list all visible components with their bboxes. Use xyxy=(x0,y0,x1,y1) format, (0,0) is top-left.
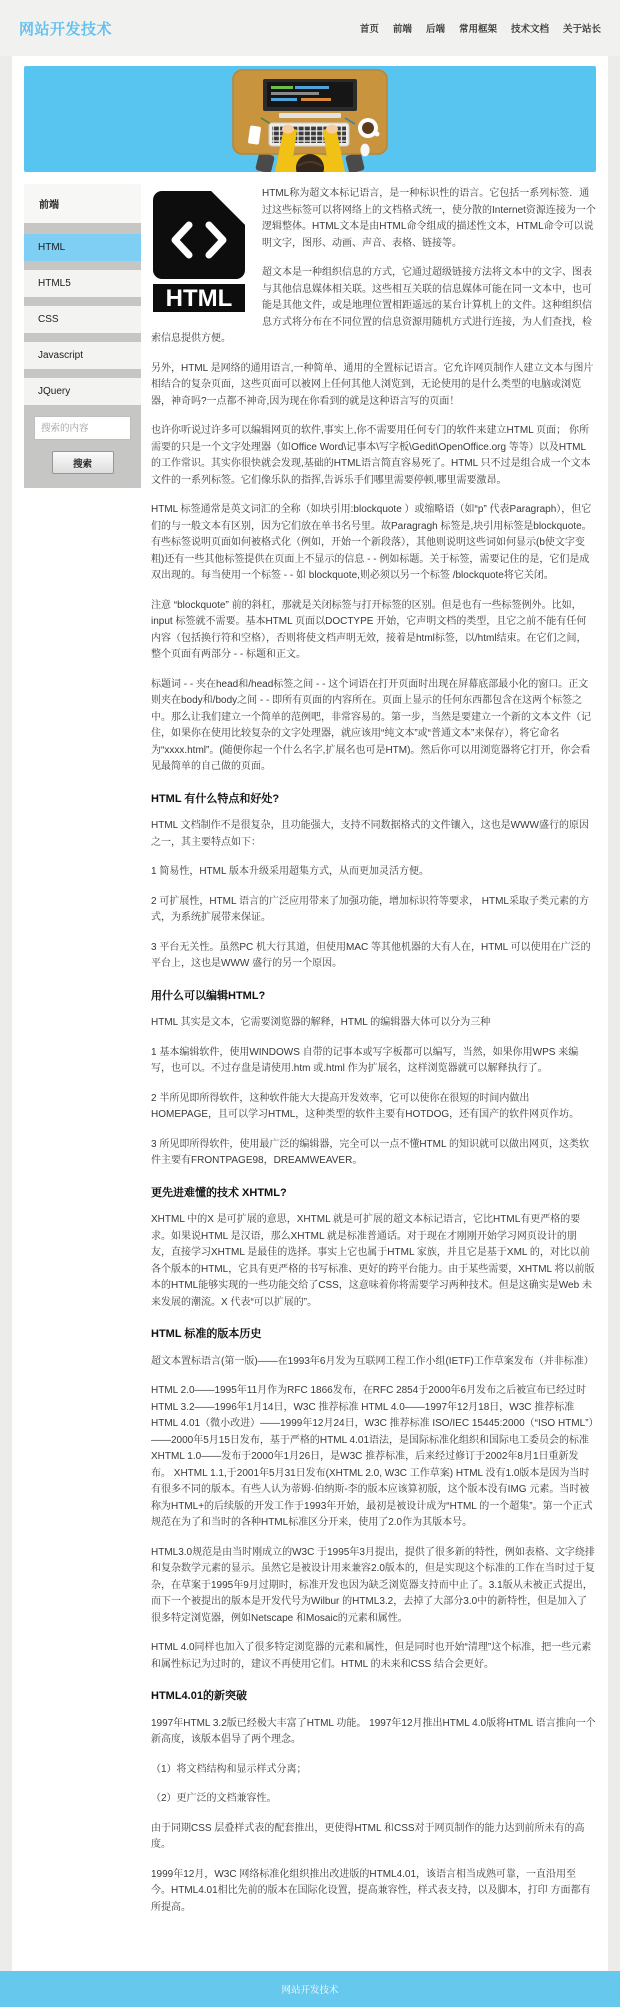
search-input[interactable] xyxy=(34,416,131,440)
site-title: 网站开发技术 xyxy=(19,18,112,39)
article-block: 由于同期CSS 层叠样式表的配套推出，更使得HTML 和CSS对于网页制作的能力… xyxy=(151,1821,596,1854)
main-nav: 首页前端后端常用框架技术文档关于站长 xyxy=(346,21,601,35)
sidebar-item[interactable]: Javascript xyxy=(24,342,141,369)
chair-armrest-left xyxy=(255,152,275,172)
footer-text: 网站开发技术 xyxy=(281,1982,338,1996)
article-block: HTML3.0规范是由当时刚成立的W3C 于1995年3月提出，提供了很多新的特… xyxy=(151,1545,596,1628)
article-block: 1 基本编辑软件，使用WINDOWS 自带的记事本或写字板都可以编写，当然，如果… xyxy=(151,1045,596,1078)
hero-banner xyxy=(24,66,596,172)
article-block: HTML 标准的版本历史 xyxy=(151,1326,596,1343)
article: HTML HTML称为超文本标记语言，是一种标识性的语言。它包括一系列标签．通过… xyxy=(151,184,596,1929)
nav-item[interactable]: 技术文档 xyxy=(511,21,549,35)
article-block: 注意 “blockquote” 前的斜杠，那就是关闭标签与打开标签的区别。但是也… xyxy=(151,598,596,664)
article-block: （1）将文档结构和显示样式分离； xyxy=(151,1762,596,1779)
article-block: 1997年HTML 3.2版已经极大丰富了HTML 功能。 1997年12月推出… xyxy=(151,1716,596,1749)
article-block: 2 可扩展性，HTML 语言的广泛应用带来了加强功能，增加标识符等要求， HTM… xyxy=(151,894,596,927)
article-block: 1999年12月，W3C 网络标准化组织推出改进版的HTML4.01，该语言相当… xyxy=(151,1867,596,1917)
article-block: 超文本置标语言(第一版)——在1993年6月发为互联网工程工作小组(IETF)工… xyxy=(151,1354,596,1371)
article-block: 标题词 - - 夹在head和/head标签之间 - - 这个词语在打开页面时出… xyxy=(151,677,596,776)
body-row: 前端 HTMLHTML5CSSJavascriptJQuery 搜索 HTML xyxy=(24,184,596,1929)
html-file-icon: HTML xyxy=(151,189,247,314)
article-block: 2 半所见即所得软件，这种软件能大大提高开发效率，它可以使你在很短的时间内做出H… xyxy=(151,1091,596,1124)
article-block: HTML 有什么特点和好处? xyxy=(151,791,596,808)
article-block: 也许你听说过许多可以编辑网页的软件,事实上,你不需要用任何专门的软件来建立HTM… xyxy=(151,423,596,489)
sidebar-title: 前端 xyxy=(24,184,141,223)
article-block: HTML 2.0——1995年11月作为RFC 1866发布，在RFC 2854… xyxy=(151,1383,596,1532)
page-container: 前端 HTMLHTML5CSSJavascriptJQuery 搜索 HTML xyxy=(12,56,608,1971)
article-block: HTML 其实是文本，它需要浏览器的解释，HTML 的编辑器大体可以分为三种 xyxy=(151,1015,596,1032)
sidebar-item[interactable]: JQuery xyxy=(24,378,141,405)
article-block: 用什么可以编辑HTML? xyxy=(151,988,596,1005)
nav-item[interactable]: 常用框架 xyxy=(459,21,497,35)
article-block: XHTML 中的X 是可扩展的意思，XHTML 就是可扩展的超文本标记语言，它比… xyxy=(151,1212,596,1311)
article-blocks: HTML称为超文本标记语言，是一种标识性的语言。它包括一系列标签．通过这些标签可… xyxy=(151,186,596,1916)
article-block: 3 平台无关性。虽然PC 机大行其道，但使用MAC 等其他机器的大有人在，HTM… xyxy=(151,940,596,973)
mouse-icon xyxy=(360,144,369,157)
sidebar-menu: HTMLHTML5CSSJavascriptJQuery 搜索 xyxy=(24,223,141,488)
article-block: （2）更广泛的文档兼容性。 xyxy=(151,1791,596,1808)
nav-item[interactable]: 关于站长 xyxy=(563,21,601,35)
nav-item[interactable]: 前端 xyxy=(393,21,412,35)
article-block: 1 简易性，HTML 版本升级采用超集方式，从而更加灵活方便。 xyxy=(151,864,596,881)
site-footer: 网站开发技术 xyxy=(0,1971,620,2007)
article-block: 另外，HTML 是网络的通用语言,一种简单、通用的全置标记语言。它允许网页制作人… xyxy=(151,361,596,411)
search-box: 搜索 xyxy=(24,414,141,488)
sidebar-item[interactable]: HTML5 xyxy=(24,270,141,297)
sidebar-item[interactable]: HTML xyxy=(24,234,141,261)
site-header: 网站开发技术 首页前端后端常用框架技术文档关于站长 xyxy=(0,0,620,56)
chair-armrest-right xyxy=(345,152,365,172)
article-block: HTML 4.0同样也加入了很多特定浏览器的元素和属性，但是同时也开始“清理”这… xyxy=(151,1640,596,1673)
nav-item[interactable]: 首页 xyxy=(360,21,379,35)
sidebar: 前端 HTMLHTML5CSSJavascriptJQuery 搜索 xyxy=(24,184,141,488)
article-block: 3 所见即所得软件，使用最广泛的编辑器，完全可以一点不懂HTML 的知识就可以做… xyxy=(151,1137,596,1170)
article-block: HTML4.01的新突破 xyxy=(151,1688,596,1705)
search-button[interactable]: 搜索 xyxy=(52,451,114,474)
sidebar-item[interactable]: CSS xyxy=(24,306,141,333)
nav-item[interactable]: 后端 xyxy=(426,21,445,35)
html-icon-label: HTML xyxy=(166,285,233,312)
article-block: HTML 标签通常是英文词汇的全称（如块引用:blockquote ）或缩略语（… xyxy=(151,502,596,585)
article-block: 更先进难懂的技术 XHTML? xyxy=(151,1185,596,1202)
hero-illustration xyxy=(205,66,415,172)
article-block: HTML 文档制作不是很复杂，且功能强大，支持不同数据格式的文件镶入，这也是WW… xyxy=(151,818,596,851)
